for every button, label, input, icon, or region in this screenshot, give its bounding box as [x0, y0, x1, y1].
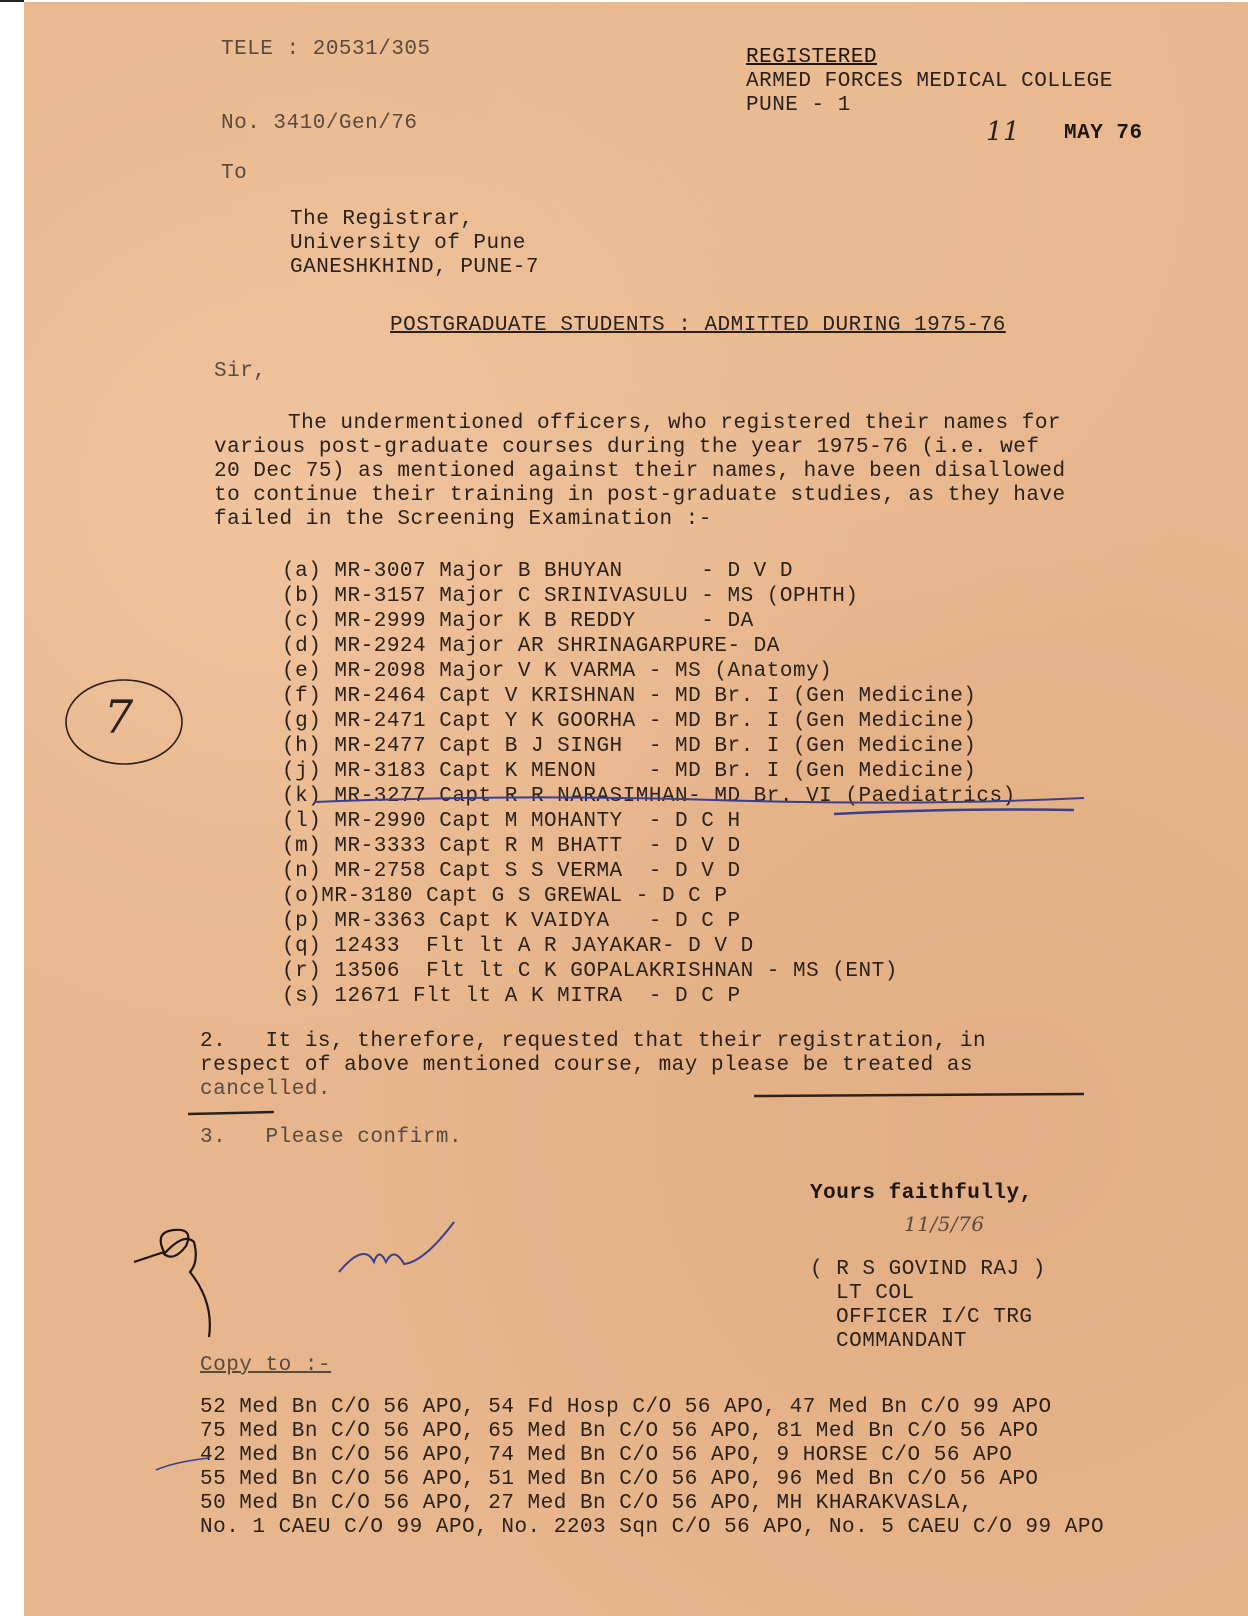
handwritten-initials-icon: [124, 1202, 484, 1352]
officer-entry: (h) MR-2477 Capt B J SINGH - MD Br. I (G…: [282, 735, 1016, 760]
officer-entry: (b) MR-3157 Major C SRINIVASULU - MS (OP…: [282, 585, 1016, 610]
distribution-line: 55 Med Bn C/O 56 APO, 51 Med Bn C/O 56 A…: [200, 1468, 1104, 1492]
paragraph-line: respect of above mentioned course, may p…: [200, 1054, 986, 1078]
paragraph-line: failed in the Screening Examination :-: [214, 508, 1066, 532]
officer-entry: (g) MR-2471 Capt Y K GOORHA - MD Br. I (…: [282, 710, 1016, 735]
officer-entry: (m) MR-3333 Capt R M BHATT - D V D: [282, 835, 1016, 860]
distribution-line: 75 Med Bn C/O 56 APO, 65 Med Bn C/O 56 A…: [200, 1420, 1104, 1444]
officer-entry: (r) 13506 Flt lt C K GOPALAKRISHNAN - MS…: [282, 960, 1016, 985]
officer-entry: (n) MR-2758 Capt S S VERMA - D V D: [282, 860, 1016, 885]
copy-to-label: Copy to :-: [200, 1354, 331, 1378]
officer-entry: (e) MR-2098 Major V K VARMA - MS (Anatom…: [282, 660, 1016, 685]
officer-entry: (q) 12433 Flt lt A R JAYAKAR- D V D: [282, 935, 1016, 960]
letter-page: TELE : 20531/305 No. 3410/Gen/76 To REGI…: [24, 2, 1248, 1616]
paragraph-3: 3. Please confirm.: [200, 1126, 462, 1150]
officer-entry: (o)MR-3180 Capt G S GREWAL - D C P: [282, 885, 1016, 910]
distribution-line: 42 Med Bn C/O 56 APO, 74 Med Bn C/O 56 A…: [200, 1444, 1104, 1468]
signatory-for: COMMANDANT: [836, 1330, 967, 1354]
officer-entry: (s) 12671 Flt lt A K MITRA - D C P: [282, 985, 1016, 1010]
ink-underlines: [184, 1086, 1104, 1120]
blue-tick-mark-icon: [154, 1450, 214, 1480]
signatory-designation: OFFICER I/C TRG: [836, 1306, 1033, 1330]
addressee-line: University of Pune: [290, 232, 539, 256]
paragraph-1: The undermentioned officers, who registe…: [214, 412, 1066, 532]
paragraph-line: The undermentioned officers, who registe…: [288, 412, 1140, 436]
paragraph-line: 20 Dec 75) as mentioned against their na…: [214, 460, 1066, 484]
paragraph-line: 2. It is, therefore, requested that thei…: [200, 1030, 986, 1054]
to-label: To: [221, 162, 247, 186]
officer-entry: (d) MR-2924 Major AR SHRINAGARPURE- DA: [282, 635, 1016, 660]
distribution-line: 52 Med Bn C/O 56 APO, 54 Fd Hosp C/O 56 …: [200, 1396, 1104, 1420]
organization-name: ARMED FORCES MEDICAL COLLEGE: [746, 70, 1113, 94]
distribution-line: No. 1 CAEU C/O 99 APO, No. 2203 Sqn C/O …: [200, 1516, 1104, 1540]
blue-pen-underline: [314, 792, 1094, 822]
scan-edge: [0, 0, 24, 2]
addressee-block: The Registrar, University of Pune GANESH…: [290, 208, 539, 280]
officer-entry: (c) MR-2999 Major K B REDDY - DA: [282, 610, 1016, 635]
letter-date: MAY 76: [1064, 122, 1143, 146]
addressee-line: GANESHKHIND, PUNE-7: [290, 256, 539, 280]
distribution-line: 50 Med Bn C/O 56 APO, 27 Med Bn C/O 56 A…: [200, 1492, 1104, 1516]
copy-to-distribution-list: 52 Med Bn C/O 56 APO, 54 Fd Hosp C/O 56 …: [200, 1396, 1104, 1540]
officer-entry: (f) MR-2464 Capt V KRISHNAN - MD Br. I (…: [282, 685, 1016, 710]
signatory-name: ( R S GOVIND RAJ ): [810, 1258, 1046, 1282]
officer-entry: (a) MR-3007 Major B BHUYAN - D V D: [282, 560, 1016, 585]
signature-initials: 11/5/76: [904, 1212, 985, 1236]
addressee-line: The Registrar,: [290, 208, 539, 232]
margin-number: 7: [104, 692, 134, 742]
signatory-rank: LT COL: [836, 1282, 915, 1306]
organization-city: PUNE - 1: [746, 94, 851, 118]
handwritten-date-day: 11: [986, 120, 1020, 144]
subject-line: POSTGRADUATE STUDENTS : ADMITTED DURING …: [390, 314, 1006, 338]
reference-number: No. 3410/Gen/76: [221, 112, 418, 136]
closing-yours-faithfully: Yours faithfully,: [810, 1182, 1033, 1206]
registered-mark: REGISTERED: [746, 46, 877, 70]
officer-list: (a) MR-3007 Major B BHUYAN - D V D (b) M…: [282, 560, 1016, 1010]
telephone-number: TELE : 20531/305: [221, 38, 431, 62]
paragraph-line: various post-graduate courses during the…: [214, 436, 1066, 460]
officer-entry: (j) MR-3183 Capt K MENON - MD Br. I (Gen…: [282, 760, 1016, 785]
officer-entry: (p) MR-3363 Capt K VAIDYA - D C P: [282, 910, 1016, 935]
salutation: Sir,: [214, 360, 266, 384]
paragraph-line: to continue their training in post-gradu…: [214, 484, 1066, 508]
